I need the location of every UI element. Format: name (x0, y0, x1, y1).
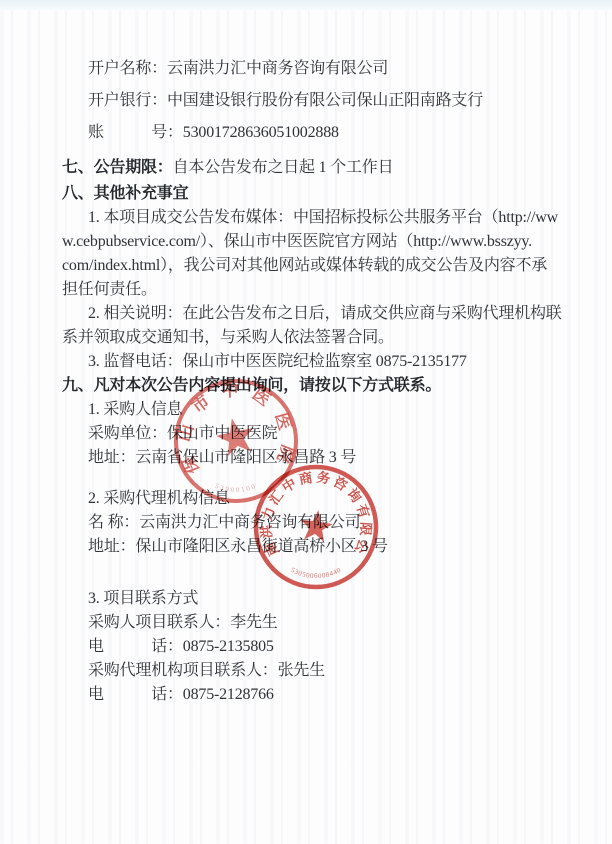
scanned-announcement-page: 开户名称：云南洪力汇中商务咨询有限公司 开户银行：中国建设银行股份有限公司保山正… (0, 0, 612, 844)
project-contact-block: 3. 项目联系方式 采购人项目联系人：李先生 电 话：0875-2135805 … (62, 587, 562, 707)
section7-line: 七、公告期限：自本公告发布之日起 1 个工作日 (62, 156, 562, 180)
agency-title-line: 2. 采购代理机构信息 (62, 487, 562, 511)
section8-heading: 八、其他补充事宜 (62, 182, 562, 206)
section8-item1: 1. 本项目成交公告发布媒体：中国招标投标公共服务平台（http://ww w.… (62, 206, 562, 302)
agency-name-line: 名 称：云南洪力汇中商务咨询有限公司 (62, 511, 562, 535)
item1-line: 担任何责任。 (62, 278, 562, 302)
buyer-address-line: 地址：云南省保山市隆阳区永昌路 3 号 (62, 446, 562, 470)
buyer-contact-line: 采购人项目联系人：李先生 (62, 611, 562, 635)
document-body: 开户名称：云南洪力汇中商务咨询有限公司 开户银行：中国建设银行股份有限公司保山正… (62, 53, 562, 707)
agency-info-block: 2. 采购代理机构信息 名 称：云南洪力汇中商务咨询有限公司 地址：保山市隆阳区… (62, 487, 562, 559)
buyer-info-block: 1. 采购人信息 采购单位：保山市中医医院 地址：云南省保山市隆阳区永昌路 3 … (62, 398, 562, 470)
section7-label: 七、公告期限： (62, 159, 173, 176)
buyer-phone-line: 电 话：0875-2135805 (62, 635, 562, 659)
account-holder-line: 开户名称：云南洪力汇中商务咨询有限公司 (62, 53, 562, 85)
item1-line: w.cebpubservice.com/）、保山市中医医院官方网站（http:/… (62, 230, 562, 254)
buyer-unit-line: 采购单位：保山市中医医院 (62, 422, 562, 446)
bank-info-block: 开户名称：云南洪力汇中商务咨询有限公司 开户银行：中国建设银行股份有限公司保山正… (62, 53, 562, 149)
item1-line: com/index.html），我公司对其他网站或媒体转载的成交公告及内容不承 (62, 254, 562, 278)
buyer-title-line: 1. 采购人信息 (62, 398, 562, 422)
item1-line: 1. 本项目成交公告发布媒体：中国招标投标公共服务平台（http://ww (62, 206, 562, 230)
account-number-line: 账 号：53001728636051002888 (62, 117, 562, 149)
agency-phone-line: 电 话：0875-2128766 (62, 683, 562, 707)
item2-line: 系并领取成交通知书，与采购人依法签署合同。 (62, 326, 562, 350)
section7-text: 自本公告发布之日起 1 个工作日 (173, 159, 394, 176)
section8-item3: 3. 监督电话：保山市中医医院纪检监察室 0875-2135177 (62, 350, 562, 374)
contact-title-line: 3. 项目联系方式 (62, 587, 562, 611)
agency-contact-line: 采购代理机构项目联系人：张先生 (62, 659, 562, 683)
scan-edge-strip (0, 0, 612, 10)
section8-item2: 2. 相关说明：在此公告发布之日后，请成交供应商与采购代理机构联 系并领取成交通… (62, 302, 562, 350)
section9-heading: 九、凡对本次公告内容提出询问，请按以下方式联系。 (62, 374, 562, 398)
agency-address-line: 地址：保山市隆阳区永昌街道高桥小区 3 号 (62, 535, 562, 559)
bank-name-line: 开户银行：中国建设银行股份有限公司保山正阳南路支行 (62, 85, 562, 117)
item2-line: 2. 相关说明：在此公告发布之日后，请成交供应商与采购代理机构联 (62, 302, 562, 326)
